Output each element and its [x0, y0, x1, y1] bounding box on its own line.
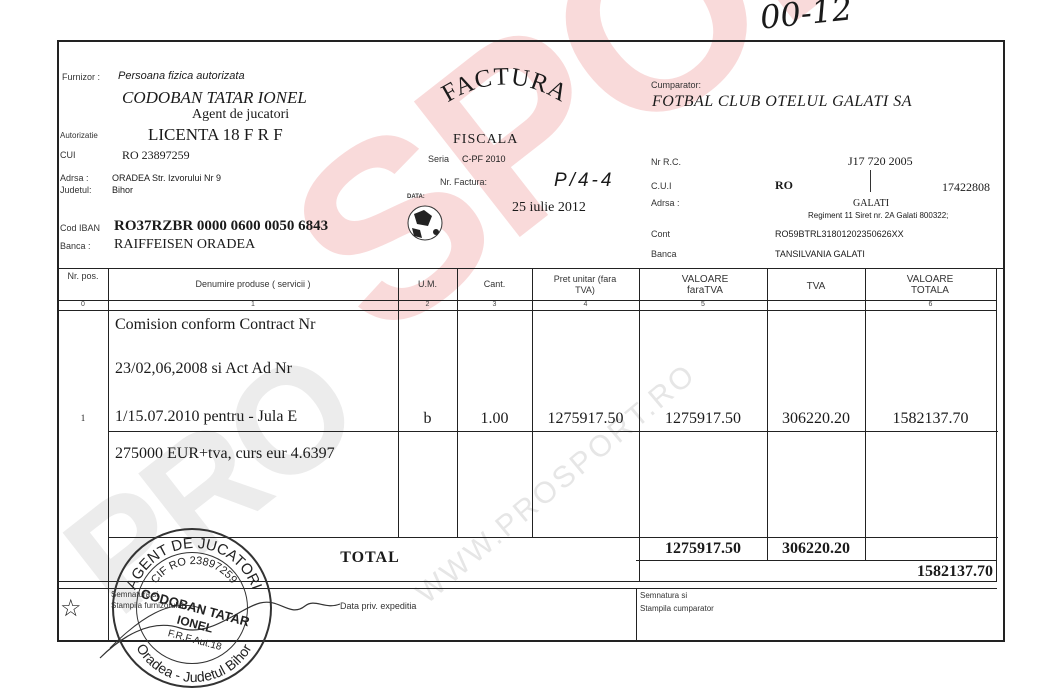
col-index: 4 — [532, 301, 639, 308]
buyer-account: RO59BTRL31801202350626XX — [775, 229, 904, 239]
header-qty: Cant. — [457, 279, 532, 290]
supplier-address: ORADEA Str. Izvorului Nr 9 — [112, 173, 221, 183]
col-index: 2 — [398, 301, 457, 308]
supplier-cui-label: CUI — [60, 150, 76, 160]
total-label: TOTAL — [300, 549, 440, 567]
buyer-cui-label: C.U.I — [651, 181, 672, 191]
buyer-rc: J17 720 2005 — [848, 154, 913, 169]
cui-separator — [870, 170, 871, 192]
supplier-name: CODOBAN TATAR IONEL — [122, 88, 307, 108]
row-description-line: Comision conform Contract Nr — [115, 316, 315, 334]
invoice-subtitle: FISCALA — [453, 132, 518, 148]
header-total: VALOARE TOTALA — [890, 274, 970, 296]
row-qty: 1.00 — [457, 410, 532, 428]
invoice-number-label: Nr. Factura: — [440, 177, 487, 187]
row-um: b — [398, 410, 457, 428]
buyer-bank: TANSILVANIA GALATI — [775, 249, 865, 259]
authorization-value: LICENTA 18 F R F — [148, 125, 283, 145]
buyer-name: FOTBAL CLUB OTELUL GALATI SA — [652, 93, 912, 111]
grand-total: 1582137.70 — [880, 563, 993, 581]
header-value: VALOARE faraTVA — [665, 274, 745, 296]
supplier-label: Furnizor : — [62, 72, 100, 82]
row-pos: 1 — [58, 413, 108, 423]
svg-text:Oradea - Judetul Bihor: Oradea - Judetul Bihor — [133, 641, 254, 685]
total-tva: 306220.20 — [767, 540, 865, 558]
header-description: Denumire produse ( servicii ) — [108, 279, 398, 290]
row-description-line: 275000 EUR+tva, curs eur 4.6397 — [115, 445, 335, 463]
row-value: 1275917.50 — [639, 410, 767, 428]
invoice-number: P/4-4 — [554, 170, 614, 192]
supplier-address-label: Adrsa : — [60, 173, 89, 183]
buyer-cui-prefix: RO — [775, 178, 793, 193]
buyer-cui: 17422808 — [942, 180, 990, 195]
header-tva: TVA — [767, 281, 865, 292]
row-unit-price: 1275917.50 — [532, 410, 639, 428]
header-unit-price: Pret unitar (fara TVA) — [545, 274, 625, 296]
supplier-county-label: Judetul: — [60, 185, 92, 195]
supplier-role: Agent de jucatori — [192, 107, 289, 123]
row-total: 1582137.70 — [865, 410, 996, 428]
col-index: 0 — [58, 301, 108, 308]
iban-label: Cod IBAN — [60, 223, 100, 233]
supplier-iban: RO37RZBR 0000 0600 0050 6843 — [114, 218, 328, 235]
col-index: 6 — [865, 301, 996, 308]
header-um: U.M. — [398, 279, 457, 290]
supplier-bank-label: Banca : — [60, 241, 91, 251]
buyer-signature-label: Semnatura si — [640, 591, 687, 600]
handwritten-annotation: 00-12 — [758, 0, 854, 37]
buyer-bank-label: Banca — [651, 249, 677, 259]
supplier-type: Persoana fizica autorizata — [118, 70, 245, 82]
buyer-stamp-label: Stampila cumparator — [640, 604, 714, 613]
col-index: 5 — [639, 301, 767, 308]
star-icon: ☆ — [60, 594, 82, 622]
buyer-address-label: Adrsa : — [651, 198, 680, 208]
total-value: 1275917.50 — [639, 540, 767, 558]
supplier-county: Bihor — [112, 185, 133, 195]
header-pos: Nr. pos. — [58, 271, 108, 282]
invoice-title: FACTURA — [420, 62, 590, 122]
svg-text:F.R.F Aut.18: F.R.F Aut.18 — [167, 628, 223, 653]
row-description-line: 1/15.07.2010 pentru - Jula E — [115, 408, 297, 426]
buyer-rc-label: Nr R.C. — [651, 157, 681, 167]
col-index: 3 — [457, 301, 532, 308]
date-label: DATA: — [407, 194, 425, 200]
buyer-label: Cumparator: — [651, 80, 701, 90]
col-index: 1 — [108, 301, 398, 308]
row-tva: 306220.20 — [767, 410, 865, 428]
authorization-label: Autorizatie — [60, 131, 98, 140]
buyer-city: GALATI — [853, 198, 889, 209]
supplier-stamp: AGENT DE JUCATORI CIF RO 23897259 Oradea… — [112, 528, 272, 688]
delivery-label: Data priv. expeditia — [340, 601, 416, 611]
buyer-address: Regiment 11 Siret nr. 2A Galati 800322; — [808, 211, 948, 220]
series-label: Seria — [428, 154, 449, 164]
football-logo-icon — [404, 202, 450, 242]
invoice-date: 25 iulie 2012 — [512, 200, 586, 216]
svg-text:FACTURA: FACTURA — [437, 63, 572, 107]
supplier-bank: RAIFFEISEN ORADEA — [114, 237, 255, 253]
buyer-account-label: Cont — [651, 229, 670, 239]
row-description-line: 23/02,06,2008 si Act Ad Nr — [115, 360, 292, 378]
series-value: C-PF 2010 — [462, 154, 506, 164]
supplier-cui: RO 23897259 — [122, 148, 190, 163]
